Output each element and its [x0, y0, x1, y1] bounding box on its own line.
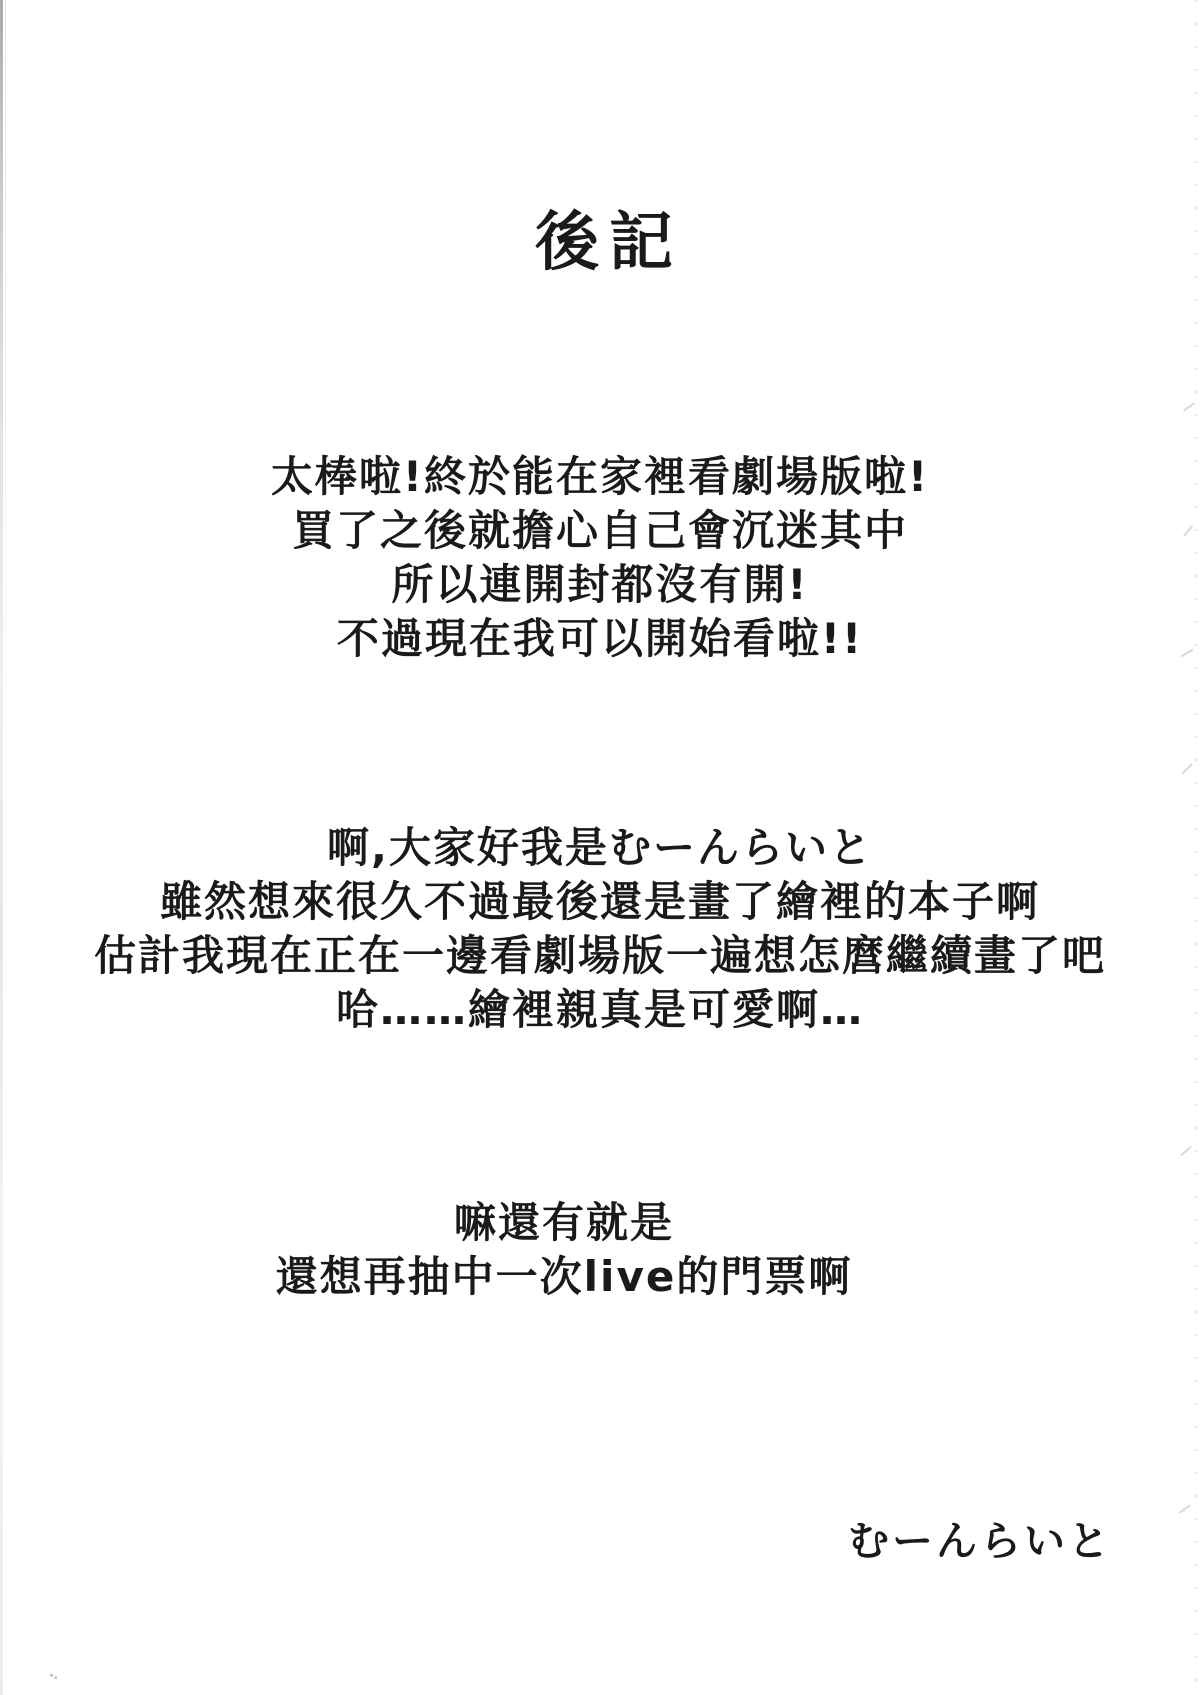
page-title: 後記 [0, 202, 1200, 285]
paragraph-2-line-1: 啊,大家好我是むーんらいと [0, 821, 1200, 875]
paragraph-1-line-4: 不過現在我可以開始看啦!! [0, 612, 1200, 666]
scan-scratch [1181, 763, 1192, 774]
paragraph-1-line-1: 太棒啦!終於能在家裡看劇場版啦! [0, 450, 1200, 504]
scan-scratch [1179, 1504, 1192, 1514]
afterword-page: 後記 太棒啦!終於能在家裡看劇場版啦! 買了之後就擔心自己會沉迷其中 所以連開封… [0, 0, 1200, 1695]
paragraph-3-line-2: 還想再抽中一次live的門票啊 [0, 1250, 1164, 1304]
scan-scratch [1180, 1146, 1192, 1157]
paragraph-3: 嘛還有就是 還想再抽中一次live的門票啊 [0, 1196, 1164, 1304]
author-signature: むーんらいと [848, 1508, 1112, 1567]
paragraph-3-line-1: 嘛還有就是 [0, 1196, 1164, 1250]
paragraph-1-line-2: 買了之後就擔心自己會沉迷其中 [0, 504, 1200, 558]
paragraph-2: 啊,大家好我是むーんらいと 雖然想來很久不過最後還是畫了繪裡的本子啊 估計我現在… [0, 821, 1200, 1037]
scan-scratch [1183, 402, 1196, 412]
paragraph-2-line-4: 哈……繪裡親真是可愛啊… [0, 983, 1200, 1037]
scan-speck-bottom-left [49, 1672, 58, 1680]
paragraph-2-line-3: 估計我現在正在一邊看劇場版一遍想怎麿繼續畫了吧 [0, 929, 1200, 983]
paragraph-1: 太棒啦!終於能在家裡看劇場版啦! 買了之後就擔心自己會沉迷其中 所以連開封都沒有… [0, 450, 1200, 666]
paragraph-2-line-2: 雖然想來很久不過最後還是畫了繪裡的本子啊 [0, 875, 1200, 929]
paragraph-1-line-3: 所以連開封都沒有開! [0, 558, 1200, 612]
